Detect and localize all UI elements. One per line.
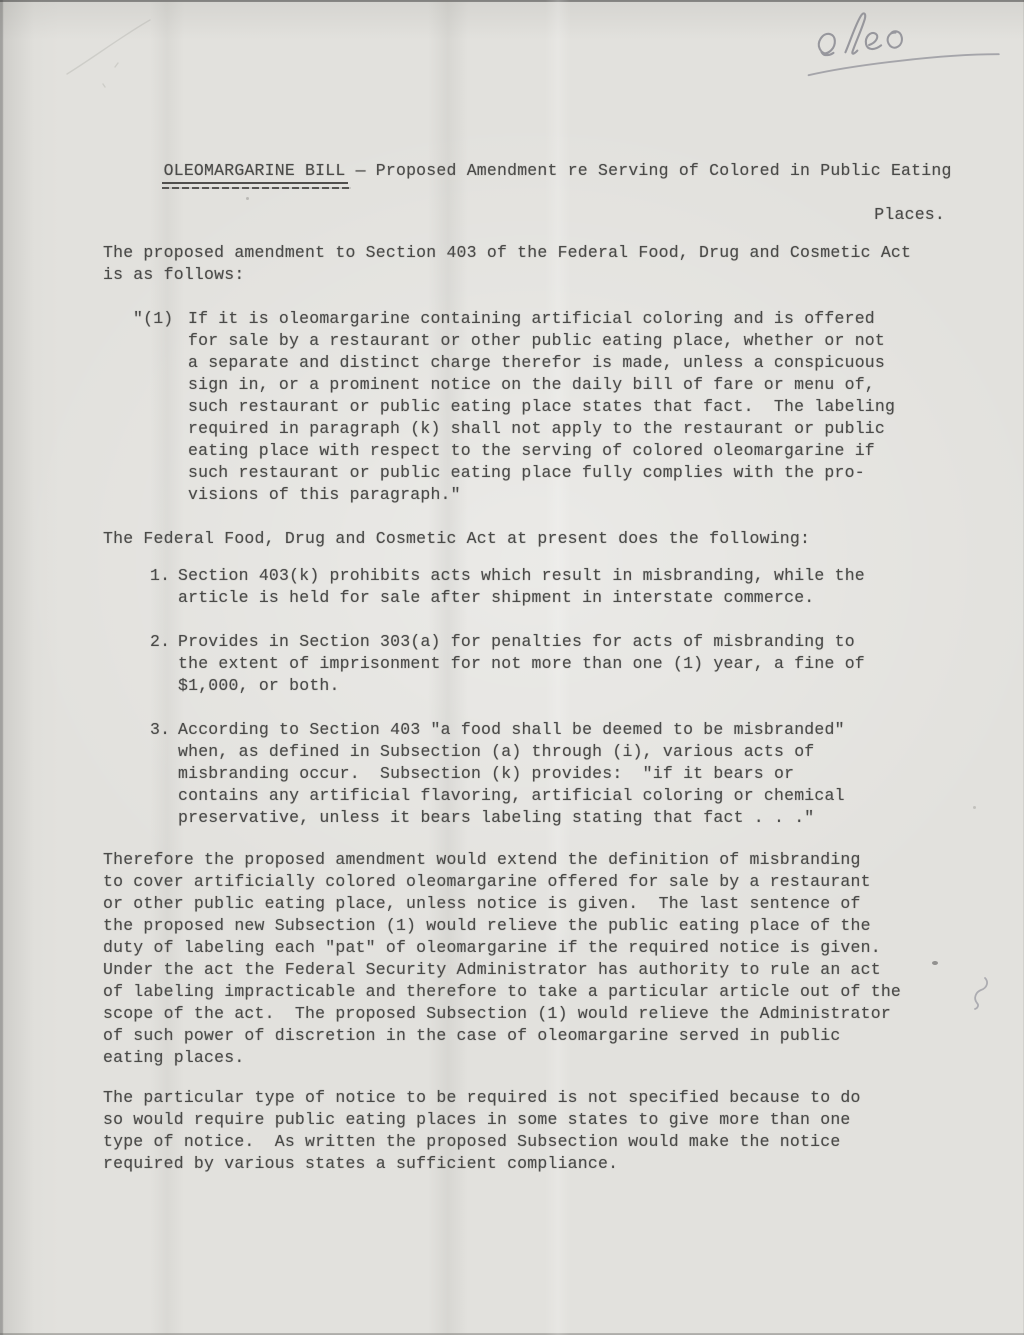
list-item: 3. According to Section 403 "a food shal…: [150, 719, 945, 829]
list-item-text: According to Section 403 "a food shall b…: [178, 719, 845, 829]
numbered-list: 1. Section 403(k) prohibits acts which r…: [150, 565, 945, 829]
list-item: 1. Section 403(k) prohibits acts which r…: [150, 565, 945, 609]
intro-paragraph: The proposed amendment to Section 403 of…: [103, 242, 945, 286]
list-item: 2. Provides in Section 303(a) for penalt…: [150, 631, 945, 697]
pencil-squiggle-mark: [963, 972, 995, 1016]
scanned-document-page: OLEOMARGARINE BILL — Proposed Amendment …: [0, 0, 1024, 1335]
list-item-text: Section 403(k) prohibits acts which resu…: [178, 565, 865, 609]
document-title-subtitle: — Proposed Amendment re Serving of Color…: [345, 161, 951, 180]
quoted-subsection-block: "(1) If it is oleomargarine containing a…: [133, 308, 945, 506]
list-item-text: Provides in Section 303(a) for penalties…: [178, 631, 865, 697]
document-body: OLEOMARGARINE BILL — Proposed Amendment …: [103, 138, 945, 1175]
handwritten-oleo-annotation: [791, 0, 1022, 84]
document-title: OLEOMARGARINE BILL: [164, 160, 346, 182]
subsection-text: If it is oleomargarine containing artifi…: [188, 308, 895, 506]
subsection-marker: "(1): [133, 308, 188, 506]
document-title-line: OLEOMARGARINE BILL — Proposed Amendment …: [103, 138, 945, 204]
scan-scratch-mark: [55, 12, 185, 102]
analysis-paragraph: Therefore the proposed amendment would e…: [103, 849, 945, 1069]
list-item-number: 1.: [150, 565, 178, 609]
list-item-number: 2.: [150, 631, 178, 697]
document-title-continuation: Places.: [103, 204, 945, 226]
present-act-intro: The Federal Food, Drug and Cosmetic Act …: [103, 528, 945, 550]
notice-paragraph: The particular type of notice to be requ…: [103, 1087, 945, 1175]
scan-speck: [973, 806, 976, 809]
list-item-number: 3.: [150, 719, 178, 829]
